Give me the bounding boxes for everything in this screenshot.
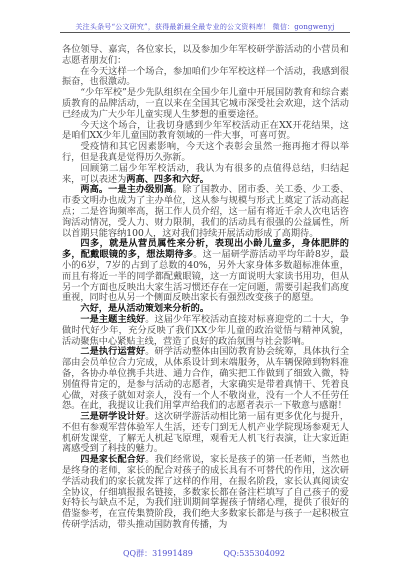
paragraph-text: 。我们经常说，家长是孩子的第一任老师，当然也是终身的老师，家长的配合对孩子的成长… <box>62 454 349 530</box>
header-divider <box>60 32 350 33</box>
paragraph-text: 今天这个场合，让我切身感到少年军校活动正在XX开花结果，这是咱们XX少年儿童国防… <box>62 120 349 142</box>
header-banner-link[interactable]: 关注头条号“公文研究”，获得最新最全最专业的公文资料库！ 微信：gongweny… <box>60 22 350 32</box>
paragraph: 今天这个场合，让我切身感到少年军校活动正在XX开花结果，这是咱们XX少年儿童国防… <box>62 121 349 143</box>
document-body: 各位领导、嘉宾，各位家长，以及参加少年军校研学游活动的小营员和志愿者朋友们： 在… <box>62 45 349 531</box>
paragraph: 在今天这样一个场合，参加咱们少年军校这样一个活动，我感到很振奋，也很激动。 <box>62 67 349 89</box>
footer-contact: QQ群：31991489 QQ:535304092 <box>0 548 408 559</box>
paragraph: 各位领导、嘉宾，各位家长，以及参加少年军校研学游活动的小营员和志愿者朋友们： <box>62 45 349 67</box>
paragraph: 三是研学设计好。这次研学游活动相比第一届有更多优化与提升，不但有参观军营体验军人… <box>62 412 349 455</box>
paragraph: 四是家长配合好。我们经常说，家长是孩子的第一任老师，当然也是终身的老师，家长的配… <box>62 455 349 531</box>
paragraph: 受疫情和其它因素影响，今天这个表彰会虽然一拖再拖才得以举行，但是我真是觉得历久弥… <box>62 142 349 164</box>
paragraph: 四多，就是从营员属性来分析，表现出小龄儿童多，身体肥胖的多，配戴眼镜的多，想法期… <box>62 239 349 304</box>
paragraph-text: 。研学活动整体由国防教育协会统筹，具体执行全部由会员单位合力完成，从体系设计到末… <box>62 346 349 411</box>
paragraph-text: “少年军校”是少先队组织在全国少年儿童中开展国防教育和综合素质教育的品牌活动，一… <box>62 87 349 120</box>
paragraph-heading: 三是研学设计好 <box>80 411 145 422</box>
paragraph: 两高。一是主办级别高。除了国教办、团市委、关工委、少工委、市委文明办也成为了主办… <box>62 185 349 239</box>
qq-group-number: QQ群：31991489 <box>123 549 193 558</box>
paragraph-heading: 两高。一是主办级别高 <box>80 184 173 195</box>
paragraph-heading: 二是执行运营好 <box>80 346 145 357</box>
paragraph-heading: 六好，是从活动策划来分析的。 <box>80 303 209 314</box>
qq-number: QQ:535304092 <box>223 549 285 558</box>
paragraph: 回顾第二届少年军校活动，我认为有很多的点值得总结，归结起来，可以表述为两高、四多… <box>62 164 349 186</box>
paragraph-heading: 四是家长配合好 <box>80 454 145 465</box>
paragraph: “少年军校”是少先队组织在全国少年儿童中开展国防教育和综合素质教育的品牌活动，一… <box>62 88 349 120</box>
paragraph-text: 受疫情和其它因素影响，今天这个表彰会虽然一拖再拖才得以举行，但是我真是觉得历久弥… <box>62 141 349 163</box>
paragraph-heading: 一是主题主线好 <box>80 314 145 325</box>
paragraph: 一是主题主线好。这届少年军校活动直接对标喜迎党的二十大，争做时代好少年，充分反映… <box>62 315 349 347</box>
paragraph: 二是执行运营好。研学活动整体由国防教育协会统筹，具体执行全部由会员单位合力完成，… <box>62 347 349 412</box>
paragraph-text: 各位领导、嘉宾，各位家长，以及参加少年军校研学游活动的小营员和志愿者朋友们： <box>62 44 349 66</box>
paragraph-bold-summary: 两高、四多和六好。 <box>126 174 209 185</box>
paragraph-text: 在今天这样一个场合，参加咱们少年军校这样一个活动，我感到很振奋，也很激动。 <box>62 66 349 88</box>
